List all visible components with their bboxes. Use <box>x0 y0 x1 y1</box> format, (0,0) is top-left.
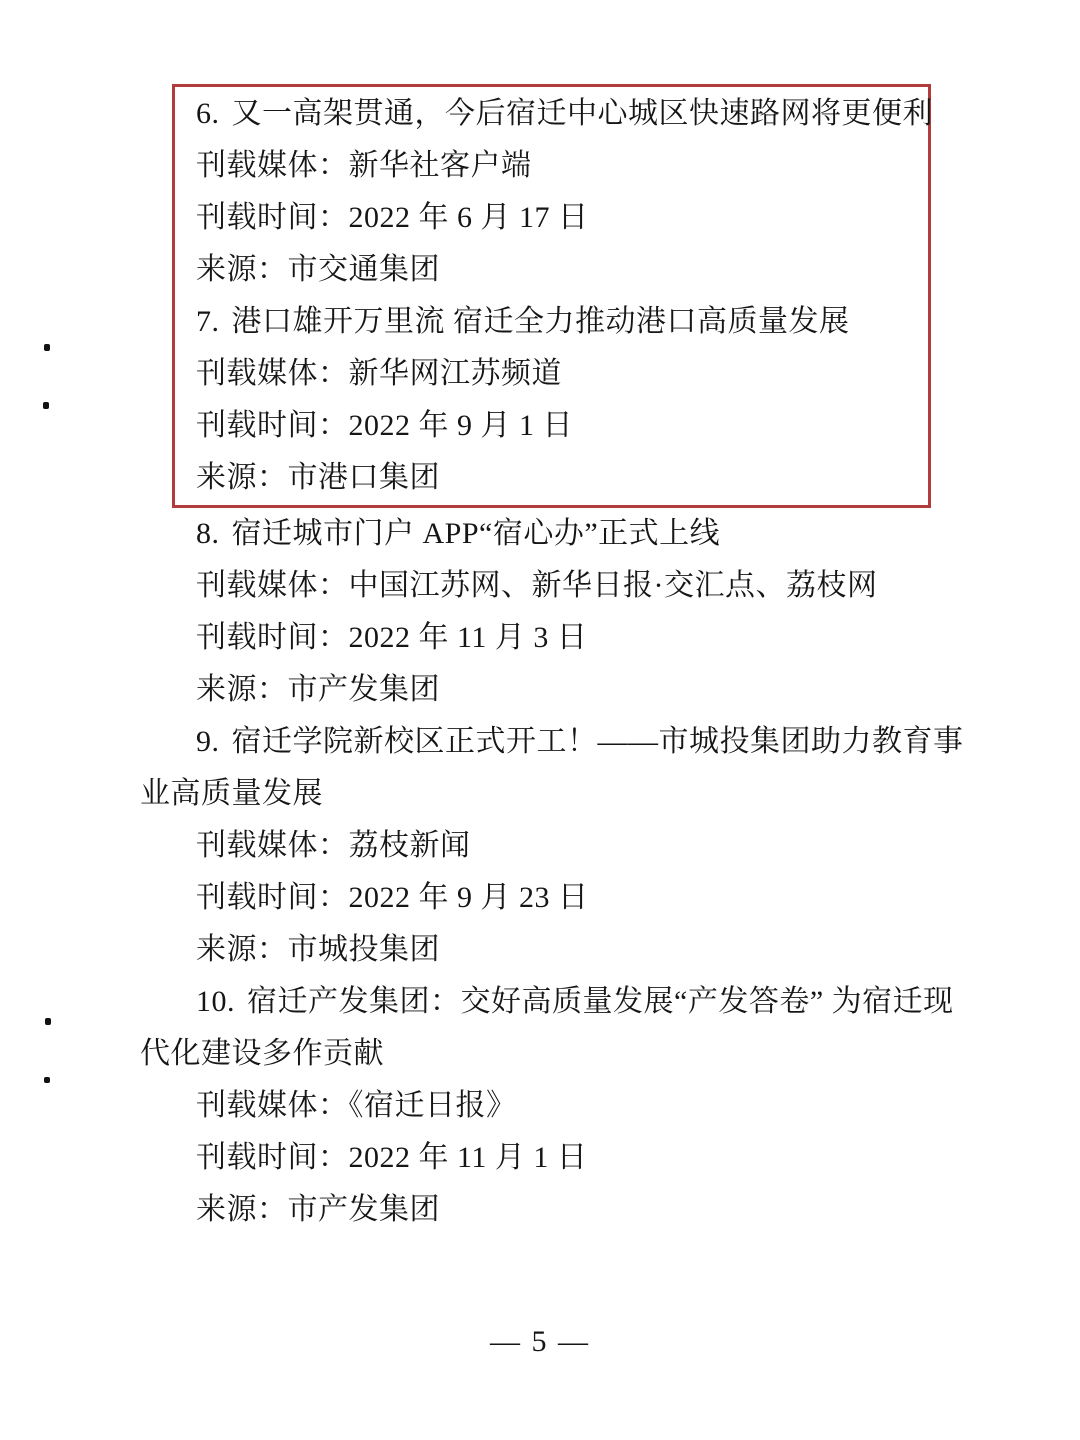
news-item-6: 6.又一高架贯通，今后宿迁中心城区快速路网将更便利 刊载媒体：新华社客户端 刊载… <box>196 88 920 296</box>
time-value: 2022 年 9 月 23 日 <box>349 881 589 914</box>
source-label: 来源： <box>196 461 288 494</box>
time-label: 刊载时间： <box>196 621 349 654</box>
article-source-line: 来源：市交通集团 <box>196 244 920 296</box>
article-title-text: 宿迁城市门户 APP“宿心办”正式上线 <box>232 517 721 550</box>
scan-artifact-dot <box>45 1018 51 1025</box>
article-list: 6.又一高架贯通，今后宿迁中心城区快速路网将更便利 刊载媒体：新华社客户端 刊载… <box>140 84 945 1236</box>
document-page: 6.又一高架贯通，今后宿迁中心城区快速路网将更便利 刊载媒体：新华社客户端 刊载… <box>0 0 1080 1440</box>
news-item-8: 8.宿迁城市门户 APP“宿心办”正式上线 刊载媒体：中国江苏网、新华日报·交汇… <box>140 508 945 716</box>
article-number: 10. <box>196 985 235 1018</box>
media-value: 中国江苏网、新华日报·交汇点、荔枝网 <box>349 569 878 602</box>
article-time-line: 刊载时间：2022 年 9 月 23 日 <box>140 872 945 924</box>
article-source-line: 来源：市港口集团 <box>196 452 920 504</box>
media-label: 刊载媒体： <box>196 357 349 390</box>
source-label: 来源： <box>196 933 288 966</box>
time-value: 2022 年 11 月 3 日 <box>349 621 588 654</box>
scan-artifact-dot <box>44 1077 50 1083</box>
news-item-7: 7.港口雄开万里流 宿迁全力推动港口高质量发展 刊载媒体：新华网江苏频道 刊载时… <box>196 296 920 504</box>
article-time-line: 刊载时间：2022 年 6 月 17 日 <box>196 192 920 244</box>
time-value: 2022 年 6 月 17 日 <box>349 201 589 234</box>
news-item-10: 10.宿迁产发集团：交好高质量发展“产发答卷” 为宿迁现 代化建设多作贡献 刊载… <box>140 976 945 1236</box>
source-value: 市港口集团 <box>288 461 441 494</box>
source-value: 市城投集团 <box>288 933 441 966</box>
media-value: 荔枝新闻 <box>349 829 471 862</box>
article-title-line: 9.宿迁学院新校区正式开工！——市城投集团助力教育事 <box>140 716 945 768</box>
article-time-line: 刊载时间：2022 年 11 月 3 日 <box>140 612 945 664</box>
news-item-9: 9.宿迁学院新校区正式开工！——市城投集团助力教育事 业高质量发展 刊载媒体：荔… <box>140 716 945 976</box>
article-title-line: 8.宿迁城市门户 APP“宿心办”正式上线 <box>140 508 945 560</box>
source-value: 市产发集团 <box>288 673 441 706</box>
time-label: 刊载时间： <box>196 409 349 442</box>
article-number: 7. <box>196 305 220 338</box>
article-title-line-2: 代化建设多作贡献 <box>140 1028 945 1080</box>
article-title-line: 6.又一高架贯通，今后宿迁中心城区快速路网将更便利 <box>196 88 920 140</box>
time-label: 刊载时间： <box>196 1141 349 1174</box>
article-media-line: 刊载媒体：中国江苏网、新华日报·交汇点、荔枝网 <box>140 560 945 612</box>
page-number: — 5 — <box>0 1322 1080 1362</box>
red-highlight-box: 6.又一高架贯通，今后宿迁中心城区快速路网将更便利 刊载媒体：新华社客户端 刊载… <box>172 84 931 508</box>
source-label: 来源： <box>196 1193 288 1226</box>
article-number: 9. <box>196 725 220 758</box>
scan-artifact-dot <box>43 402 49 409</box>
article-media-line: 刊载媒体：《宿迁日报》 <box>140 1080 945 1132</box>
media-label: 刊载媒体： <box>196 149 349 182</box>
time-label: 刊载时间： <box>196 881 349 914</box>
article-title-line-2: 业高质量发展 <box>140 768 945 820</box>
article-media-line: 刊载媒体：新华社客户端 <box>196 140 920 192</box>
article-number: 8. <box>196 517 220 550</box>
media-value: 《宿迁日报》 <box>349 1089 517 1122</box>
media-label: 刊载媒体： <box>196 569 349 602</box>
article-media-line: 刊载媒体：荔枝新闻 <box>140 820 945 872</box>
article-media-line: 刊载媒体：新华网江苏频道 <box>196 348 920 400</box>
source-value: 市交通集团 <box>288 253 441 286</box>
article-title-text: 港口雄开万里流 宿迁全力推动港口高质量发展 <box>232 305 850 338</box>
media-label: 刊载媒体： <box>196 1089 349 1122</box>
article-source-line: 来源：市产发集团 <box>140 664 945 716</box>
source-label: 来源： <box>196 253 288 286</box>
article-number: 6. <box>196 97 220 130</box>
article-time-line: 刊载时间：2022 年 11 月 1 日 <box>140 1132 945 1184</box>
time-value: 2022 年 9 月 1 日 <box>349 409 574 442</box>
article-title-text: 宿迁学院新校区正式开工！——市城投集团助力教育事 <box>232 725 964 758</box>
time-label: 刊载时间： <box>196 201 349 234</box>
source-label: 来源： <box>196 673 288 706</box>
scan-artifact-dot <box>44 344 50 351</box>
time-value: 2022 年 11 月 1 日 <box>349 1141 588 1174</box>
article-title-text: 又一高架贯通，今后宿迁中心城区快速路网将更便利 <box>232 97 934 130</box>
article-source-line: 来源：市城投集团 <box>140 924 945 976</box>
article-time-line: 刊载时间：2022 年 9 月 1 日 <box>196 400 920 452</box>
article-title-line: 10.宿迁产发集团：交好高质量发展“产发答卷” 为宿迁现 <box>140 976 945 1028</box>
article-source-line: 来源：市产发集团 <box>140 1184 945 1236</box>
media-value: 新华网江苏频道 <box>349 357 563 390</box>
article-title-line: 7.港口雄开万里流 宿迁全力推动港口高质量发展 <box>196 296 920 348</box>
media-value: 新华社客户端 <box>349 149 532 182</box>
article-title-text: 宿迁产发集团：交好高质量发展“产发答卷” 为宿迁现 <box>247 985 954 1018</box>
media-label: 刊载媒体： <box>196 829 349 862</box>
source-value: 市产发集团 <box>288 1193 441 1226</box>
